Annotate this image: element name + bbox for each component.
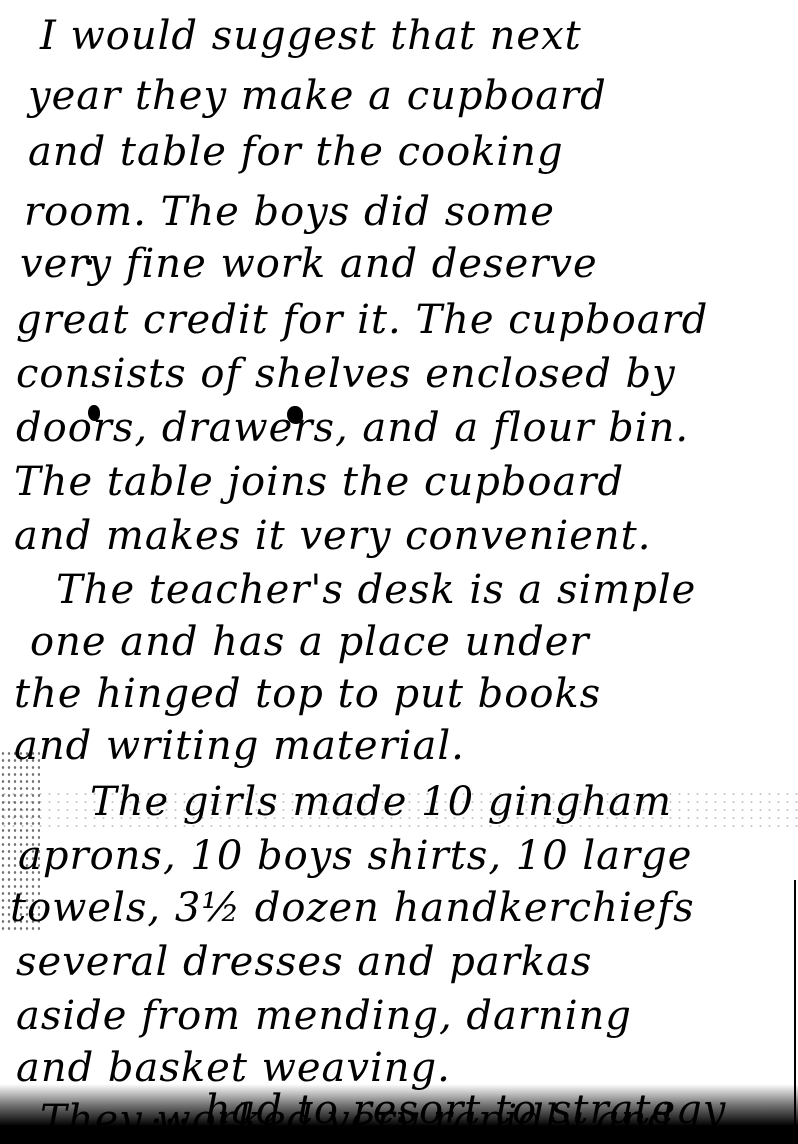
handwritten-line: great credit for it. The cupboard: [16, 296, 708, 344]
handwritten-line: I would suggest that next: [40, 12, 582, 60]
ink-blot: [86, 259, 92, 265]
handwritten-line: several dresses and parkas: [16, 938, 592, 986]
handwritten-line: aprons, 10 boys shirts, 10 large: [18, 832, 692, 880]
scanned-handwritten-page: I would suggest that next year they make…: [0, 0, 798, 1144]
handwritten-line: one and has a place under: [30, 618, 590, 666]
handwritten-line: and makes it very convenient.: [14, 512, 651, 560]
handwritten-line: The table joins the cupboard: [14, 458, 624, 506]
scan-speckle-band: [0, 790, 798, 830]
handwritten-line: and writing material.: [14, 722, 465, 770]
handwritten-line: year they make a cupboard: [28, 72, 607, 120]
scan-dark-bottom-edge: [0, 1084, 798, 1144]
handwritten-line: The teacher's desk is a simple: [56, 566, 696, 614]
handwritten-line: towels, 3½ dozen handkerchiefs: [10, 884, 695, 932]
handwritten-line: consists of shelves enclosed by: [16, 350, 676, 398]
handwritten-line: aside from mending, darning: [16, 992, 632, 1040]
handwritten-line: very fine work and deserve: [20, 240, 598, 288]
ink-blot: [88, 405, 100, 421]
scan-speckle: [0, 750, 40, 930]
ink-blot: [287, 406, 303, 424]
handwritten-line: doors, drawers, and a flour bin.: [16, 404, 689, 452]
handwritten-line: room. The boys did some: [24, 188, 555, 236]
handwritten-line: and table for the cooking: [28, 128, 564, 176]
handwritten-line: the hinged top to put books: [14, 670, 601, 718]
